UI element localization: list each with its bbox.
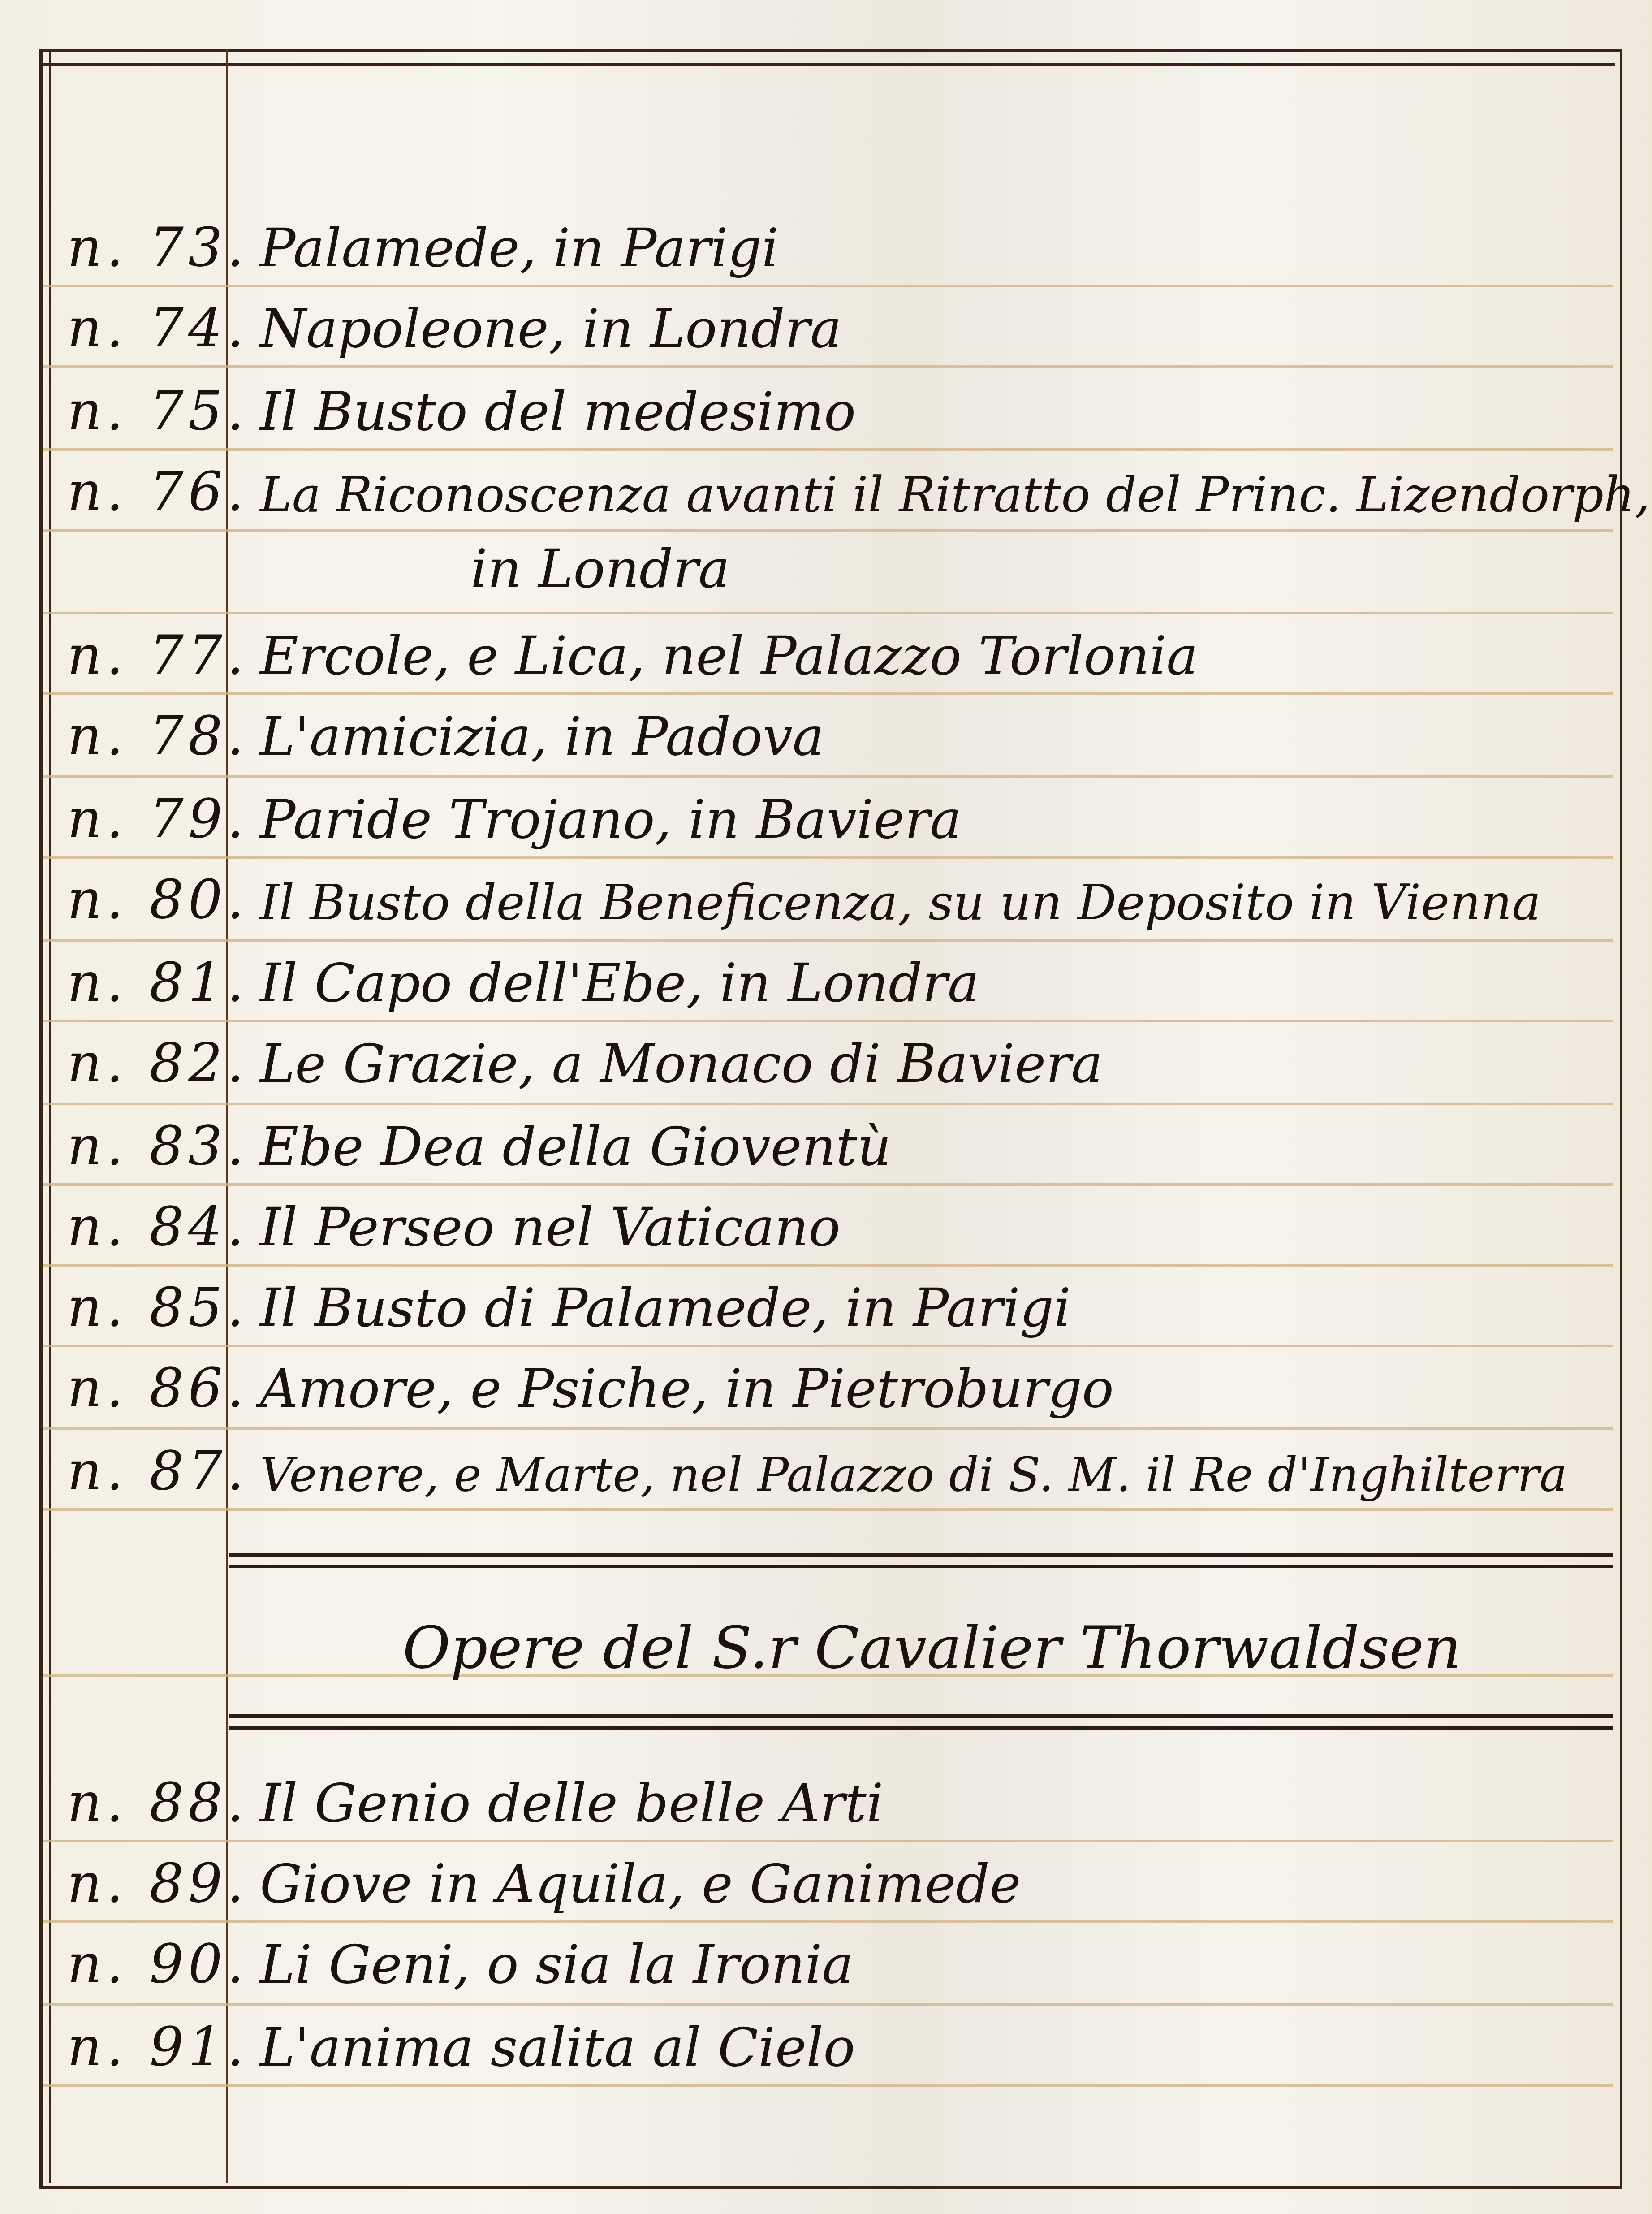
catalogue-entry: n. 82. Le Grazie, a Monaco di Baviera xyxy=(0,1017,1613,1103)
catalogue-entry: n. 85. Il Busto di Palamede, in Parigi xyxy=(0,1262,1613,1347)
catalogue-entry: n. 78. L'amicizia, in Padova xyxy=(0,690,1613,775)
entry-title: Il Capo dell'Ebe, in Londra xyxy=(260,952,979,1014)
entry-number: n. 80. xyxy=(67,869,248,931)
entry-title: Ercole, e Lica, nel Palazzo Torlonia xyxy=(260,625,1198,687)
catalogue-entry: n. 91. L'anima salita al Cielo xyxy=(0,2001,1613,2086)
entry-number: n. 78. xyxy=(67,705,248,767)
entry-title: Il Busto della Beneficenza, su un Deposi… xyxy=(260,875,1541,931)
entry-title: Amore, e Psiche, in Pietroburgo xyxy=(260,1358,1114,1419)
entry-title: Paride Trojano, in Baviera xyxy=(260,788,962,850)
catalogue-entry: n. 86. Amore, e Psiche, in Pietroburgo xyxy=(0,1342,1613,1427)
entry-number: n. 74. xyxy=(67,297,248,359)
entry-title: Il Busto di Palamede, in Parigi xyxy=(260,1277,1071,1339)
entry-title: Palamede, in Parigi xyxy=(260,217,779,279)
entry-title: L'amicizia, in Padova xyxy=(260,705,824,767)
entry-number: n. 87. xyxy=(67,1440,248,1502)
section-heading: Opere del S.r Cavalier Thorwaldsen xyxy=(251,1613,1613,1694)
entry-title: Il Genio delle belle Arti xyxy=(260,1772,883,1834)
catalogue-entry: n. 88. Il Genio delle belle Arti xyxy=(0,1757,1613,1842)
section-divider-top xyxy=(229,1553,1613,1568)
section-divider-bottom xyxy=(229,1714,1613,1730)
entry-number: n. 91. xyxy=(67,2016,248,2078)
entry-title: Le Grazie, a Monaco di Baviera xyxy=(260,1033,1103,1094)
catalogue-entry: n. 84. Il Perseo nel Vaticano xyxy=(0,1181,1613,1266)
catalogue-entry: n. 89. Giove in Aquila, e Ganimede xyxy=(0,1838,1613,1923)
entry-title: Il Busto del medesimo xyxy=(260,381,856,442)
catalogue-entry: n. 73. Palamede, in Parigi xyxy=(0,202,1613,287)
catalogue-entry: n. 79. Paride Trojano, in Baviera xyxy=(0,773,1613,858)
entry-title: La Riconoscenza avanti il Ritratto del P… xyxy=(260,467,1650,523)
catalogue-entry: n. 76. La Riconoscenza avanti il Ritratt… xyxy=(0,446,1613,531)
entry-number: n. 77. xyxy=(67,624,248,687)
entry-continuation: in Londra xyxy=(470,538,730,600)
entry-number: n. 79. xyxy=(67,788,248,850)
entry-number: n. 75. xyxy=(67,380,248,442)
catalogue-entry: n. 81. Il Capo dell'Ebe, in Londra xyxy=(0,937,1613,1022)
catalogue-entry: n. 75. Il Busto del medesimo xyxy=(0,365,1613,450)
catalogue-entry: n. 77. Ercole, e Lica, nel Palazzo Torlo… xyxy=(0,610,1613,695)
entry-number: n. 83. xyxy=(67,1115,248,1177)
catalogue-entry: n. 74. Napoleone, in Londra xyxy=(0,282,1613,368)
entry-number: n. 85. xyxy=(67,1276,248,1339)
entry-number: n. 86. xyxy=(67,1357,248,1419)
entry-number: n. 81. xyxy=(67,951,248,1014)
entry-title: L'anima salita al Cielo xyxy=(260,2016,855,2078)
catalogue-entry: n. 80. Il Busto della Beneficenza, su un… xyxy=(0,854,1613,939)
manuscript-page: n. 73. Palamede, in Parigi n. 74. Napole… xyxy=(0,0,1652,2214)
entry-title: Giove in Aquila, e Ganimede xyxy=(260,1853,1021,1915)
entry-title: Il Perseo nel Vaticano xyxy=(260,1196,841,1258)
catalogue-entry: n. 87. Venere, e Marte, nel Palazzo di S… xyxy=(0,1425,1613,1510)
top-double-rule xyxy=(43,63,1615,66)
entry-number: n. 88. xyxy=(67,1772,248,1834)
catalogue-entry: n. 90. Li Geni, o sia la Ironia xyxy=(0,1918,1613,2003)
entry-number: n. 84. xyxy=(67,1196,248,1258)
entry-number: n. 73. xyxy=(67,216,248,279)
entry-title: Napoleone, in Londra xyxy=(260,298,842,359)
entry-number: n. 76. xyxy=(67,461,248,523)
entry-title: Venere, e Marte, nel Palazzo di S. M. il… xyxy=(260,1448,1567,1502)
entry-title: Ebe Dea della Gioventù xyxy=(260,1116,891,1177)
catalogue-entry: n. 83. Ebe Dea della Gioventù xyxy=(0,1100,1613,1185)
entry-number: n. 82. xyxy=(67,1032,248,1094)
entry-number: n. 90. xyxy=(67,1933,248,1995)
entry-title: Li Geni, o sia la Ironia xyxy=(260,1933,854,1995)
entry-number: n. 89. xyxy=(67,1852,248,1915)
